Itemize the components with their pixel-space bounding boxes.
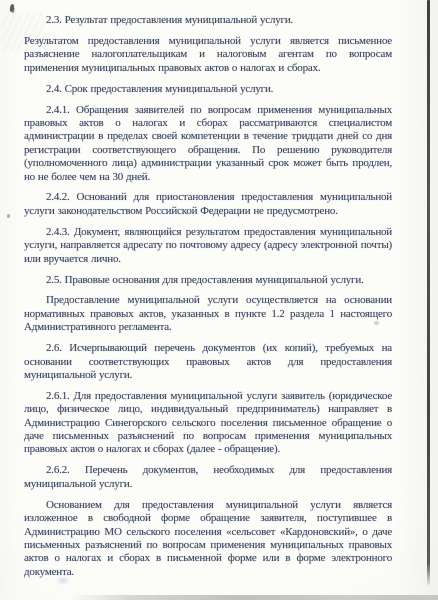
clause-2-4-1: 2.4.1. Обращения заявителей по вопросам …	[24, 104, 392, 184]
binding-shadow-line	[427, 0, 430, 587]
clause-2-6-2-heading: 2.6.2. Перечень документов, необходимых …	[24, 464, 392, 491]
section-2-3-body: Результатом предоставления муниципальной…	[24, 35, 392, 75]
section-2-3-heading: 2.3. Результат предоставления муниципаль…	[24, 14, 392, 27]
scanner-edge-strip	[0, 595, 438, 600]
clause-2-4-3: 2.4.3. Документ, являющийся результатом …	[24, 226, 392, 266]
clause-2-6-2-body: Основанием для предоставления муниципаль…	[24, 499, 392, 579]
document-body: 2.3. Результат предоставления муниципаль…	[24, 14, 392, 587]
ink-smudge	[54, 575, 72, 586]
paper-speck	[7, 214, 10, 218]
clause-2-6-1: 2.6.1. Для предоставления муниципальной …	[24, 390, 392, 457]
section-2-5-heading: 2.5. Правовые основания для предоставлен…	[24, 274, 392, 287]
section-2-4-heading: 2.4. Срок предоставления муниципальной у…	[24, 83, 392, 96]
clause-2-4-2: 2.4.2. Оснований для приостановления пре…	[24, 191, 392, 218]
section-2-5-body: Предоставление муниципальной услуги осущ…	[24, 294, 392, 334]
scanned-document-page: 2.3. Результат предоставления муниципаль…	[0, 0, 438, 600]
clause-2-6: 2.6. Исчерпывающий перечень документов (…	[24, 342, 392, 382]
